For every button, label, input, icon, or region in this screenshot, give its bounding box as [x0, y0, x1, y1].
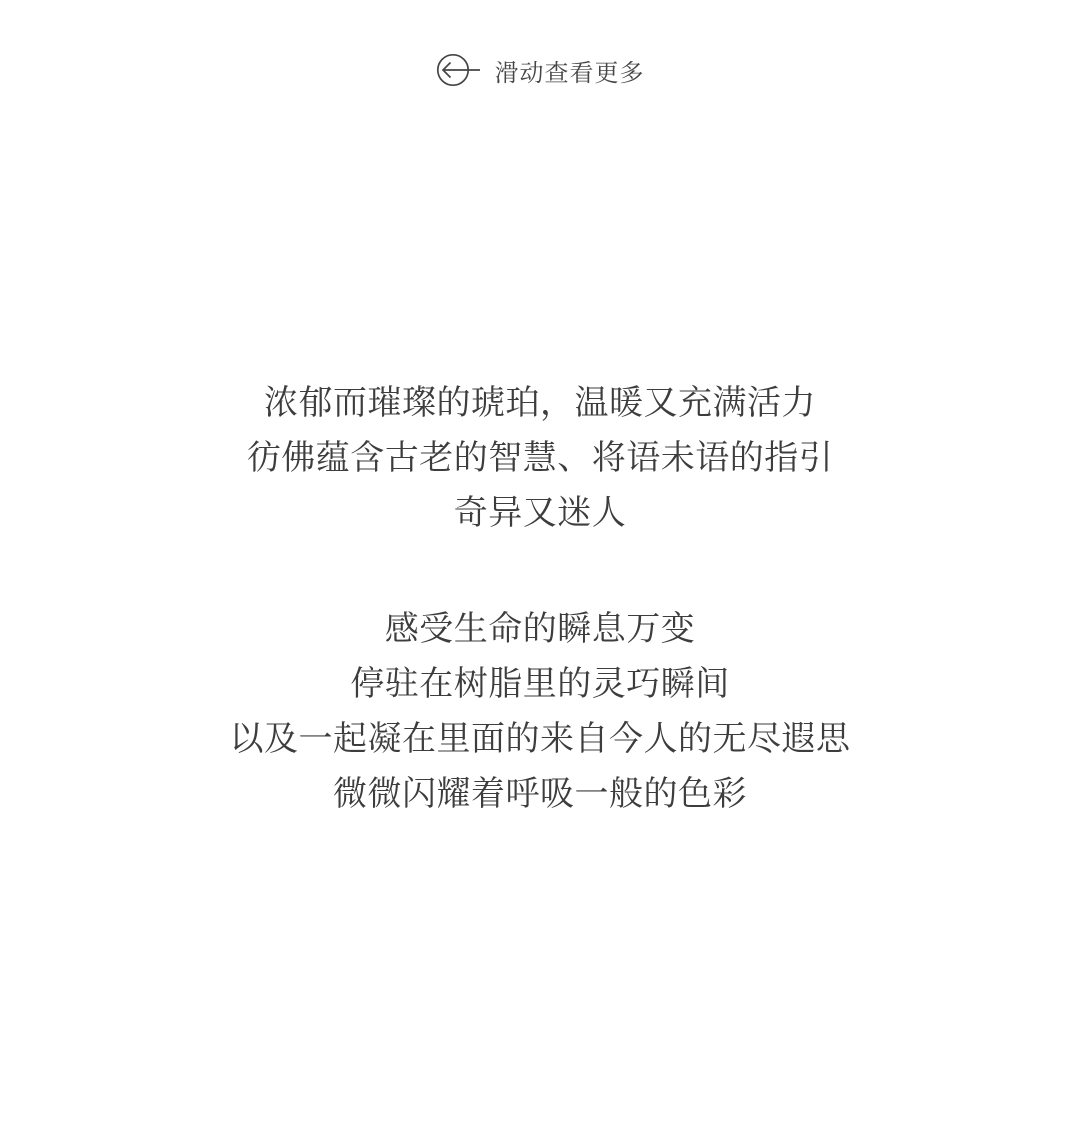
poem-line: 微微闪耀着呼吸一般的色彩	[0, 767, 1080, 822]
poem-stanza-2: 感受生命的瞬息万变 停驻在树脂里的灵巧瞬间 以及一起凝在里面的来自今人的无尽遐思…	[0, 602, 1080, 822]
poem-line: 浓郁而璀璨的琥珀，温暖又充满活力	[0, 376, 1080, 431]
poem-line: 停驻在树脂里的灵巧瞬间	[0, 657, 1080, 712]
poem-stanza-1: 浓郁而璀璨的琥珀，温暖又充满活力 彷佛蕴含古老的智慧、将语未语的指引 奇异又迷人	[0, 376, 1080, 541]
swipe-hint-label: 滑动查看更多	[495, 53, 645, 88]
arrow-left-circle-icon	[436, 52, 482, 88]
poem-line: 彷佛蕴含古老的智慧、将语未语的指引	[0, 431, 1080, 486]
article-page: { "page": { "background": "#ffffff", "te…	[0, 0, 1080, 1144]
swipe-hint: 滑动查看更多	[0, 50, 1080, 90]
poem-text: 浓郁而璀璨的琥珀，温暖又充满活力 彷佛蕴含古老的智慧、将语未语的指引 奇异又迷人…	[0, 376, 1080, 822]
poem-line: 奇异又迷人	[0, 486, 1080, 541]
poem-line: 以及一起凝在里面的来自今人的无尽遐思	[0, 712, 1080, 767]
poem-line: 感受生命的瞬息万变	[0, 602, 1080, 657]
